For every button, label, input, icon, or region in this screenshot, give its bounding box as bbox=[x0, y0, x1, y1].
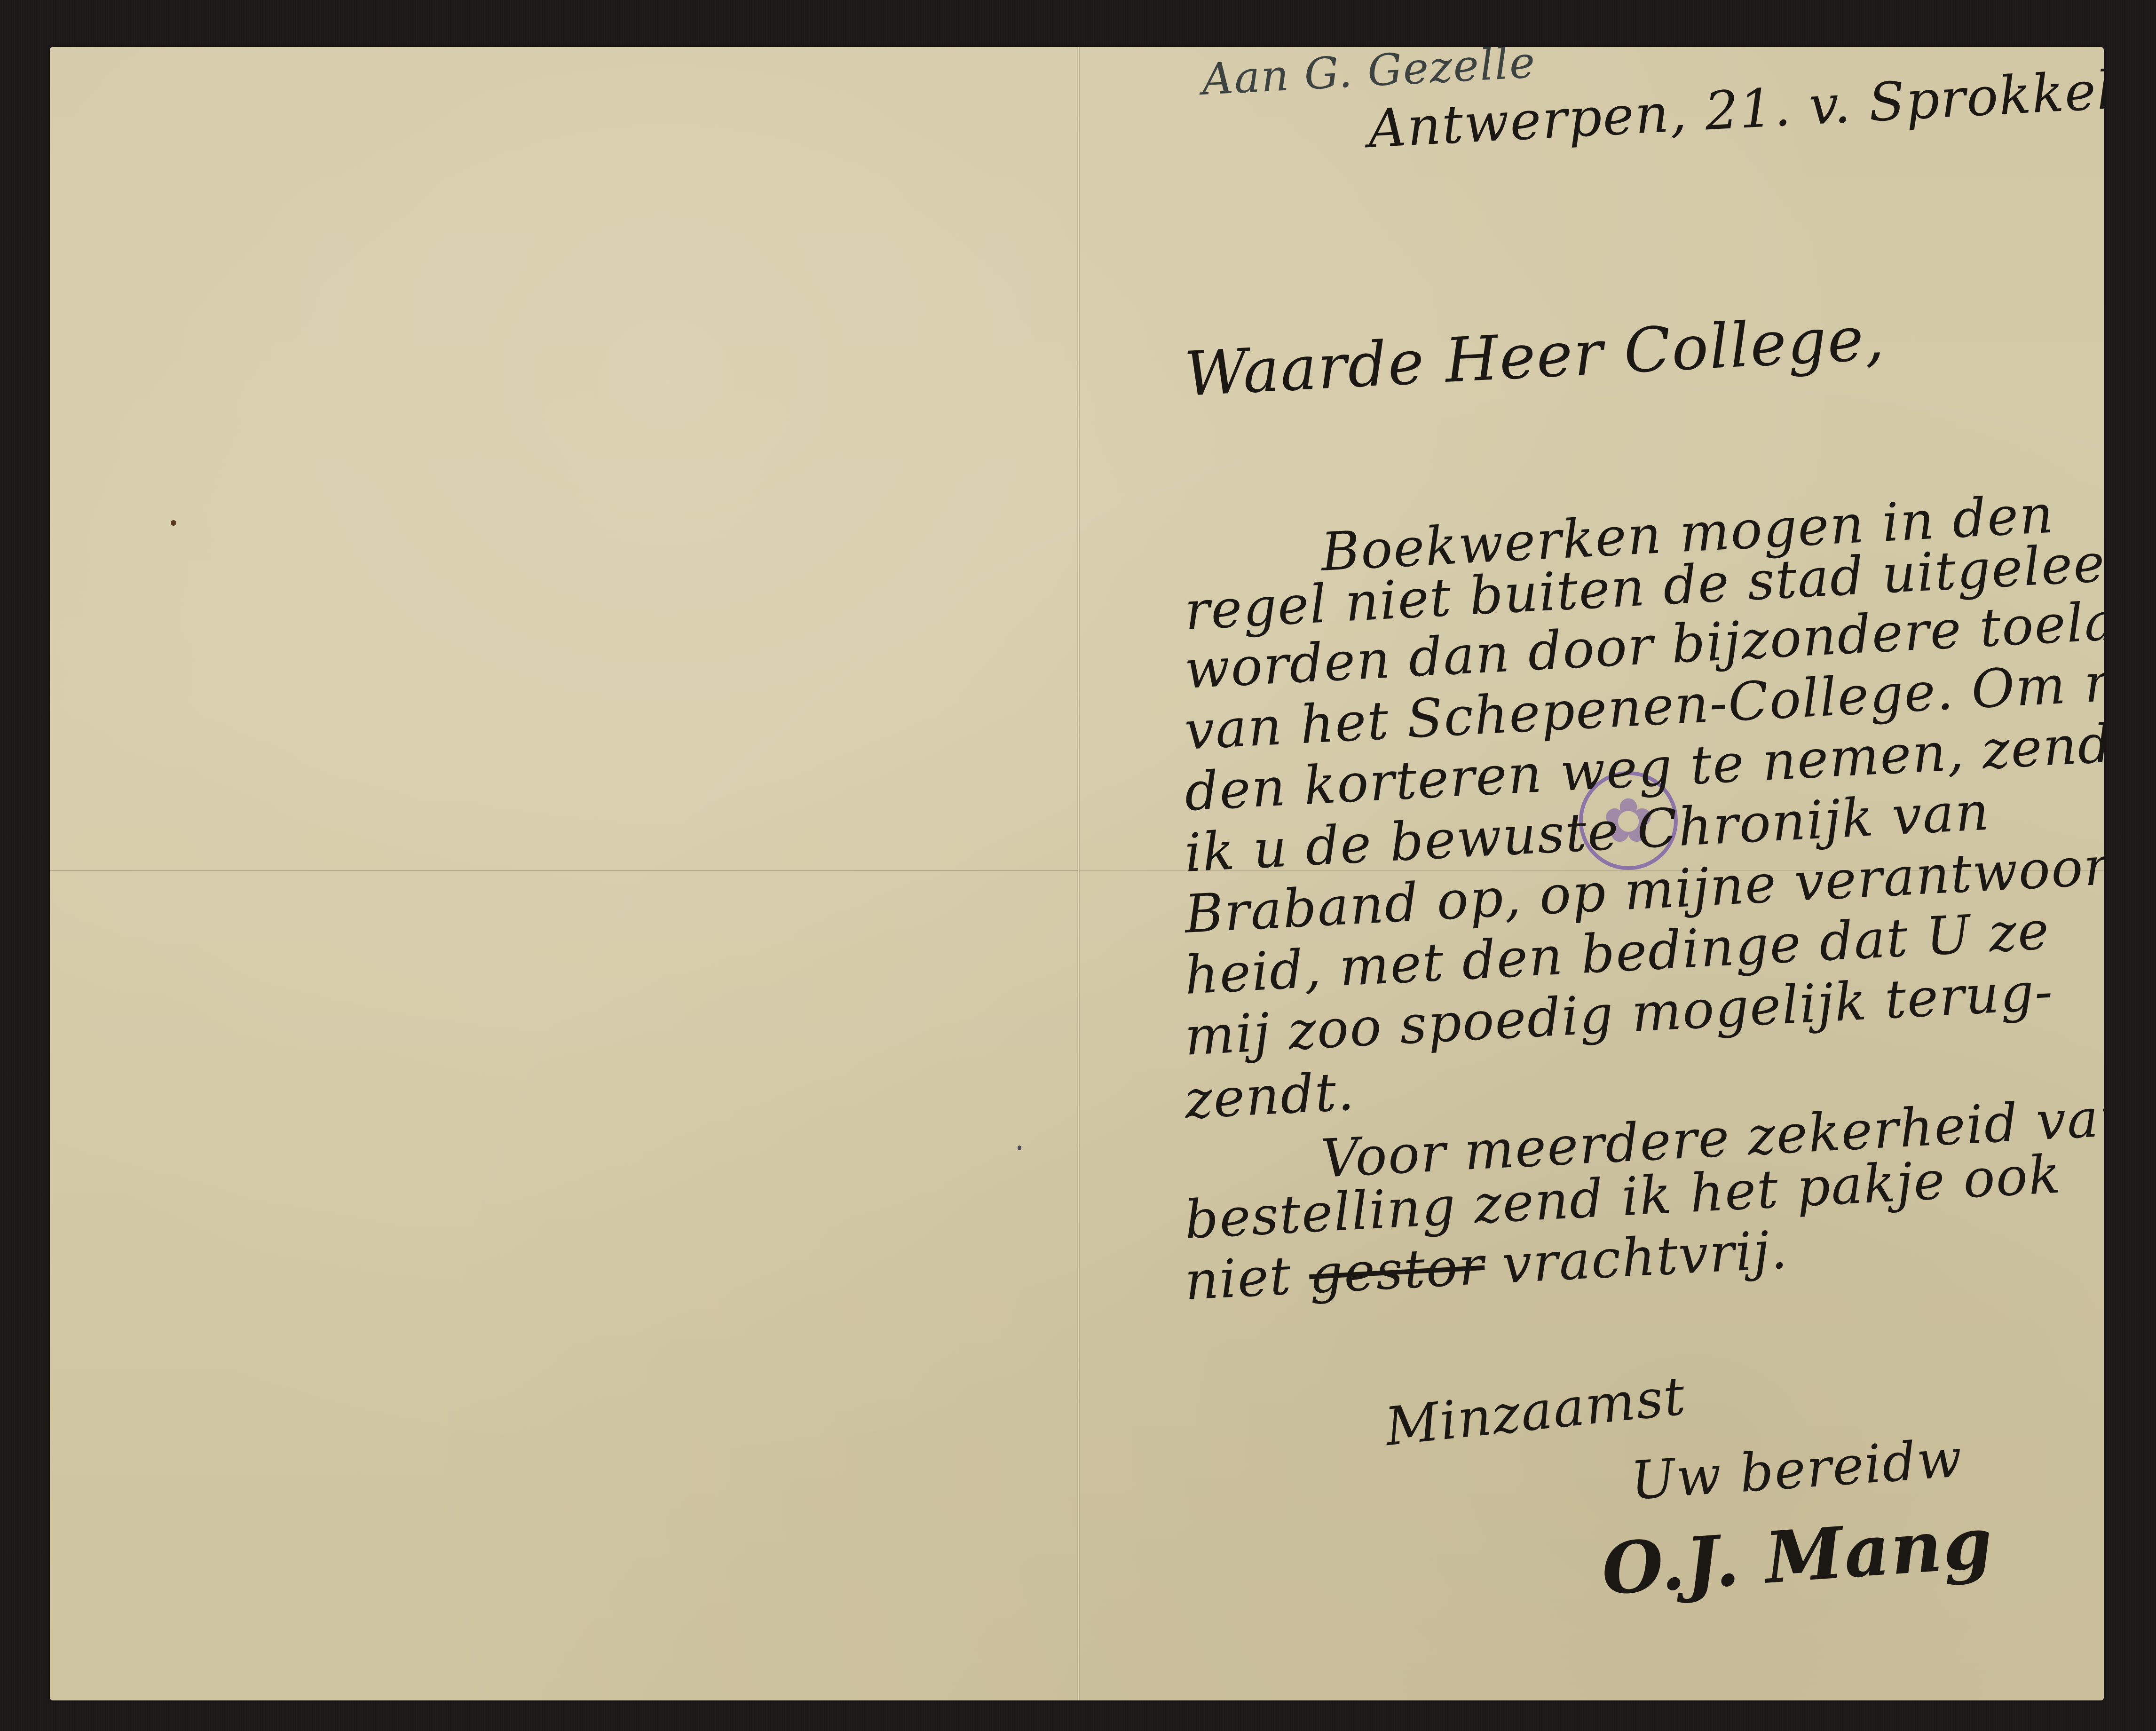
grey-spot bbox=[1018, 1146, 1021, 1150]
left-page-blank bbox=[50, 47, 1078, 1700]
salutation: Waarde Heer College, bbox=[1183, 302, 1887, 410]
right-page-letter: Aan G. Gezelle Antwerpen, 21. v. Sprokke… bbox=[1078, 47, 2104, 1700]
struck-word: gestor bbox=[1308, 1235, 1486, 1305]
closing-greeting: Minzaamst bbox=[1382, 1366, 1689, 1458]
body-line: zendt. bbox=[1183, 1061, 1356, 1131]
letter-sheet: Aan G. Gezelle Antwerpen, 21. v. Sprokke… bbox=[50, 47, 2104, 1700]
brown-spot bbox=[171, 520, 176, 526]
horizontal-fold-left bbox=[50, 869, 1078, 871]
closing-phrase: Uw bereidw bbox=[1629, 1428, 1965, 1512]
signature: O.J. Mang bbox=[1599, 1501, 1996, 1611]
line-text-before: niet bbox=[1183, 1244, 1311, 1312]
